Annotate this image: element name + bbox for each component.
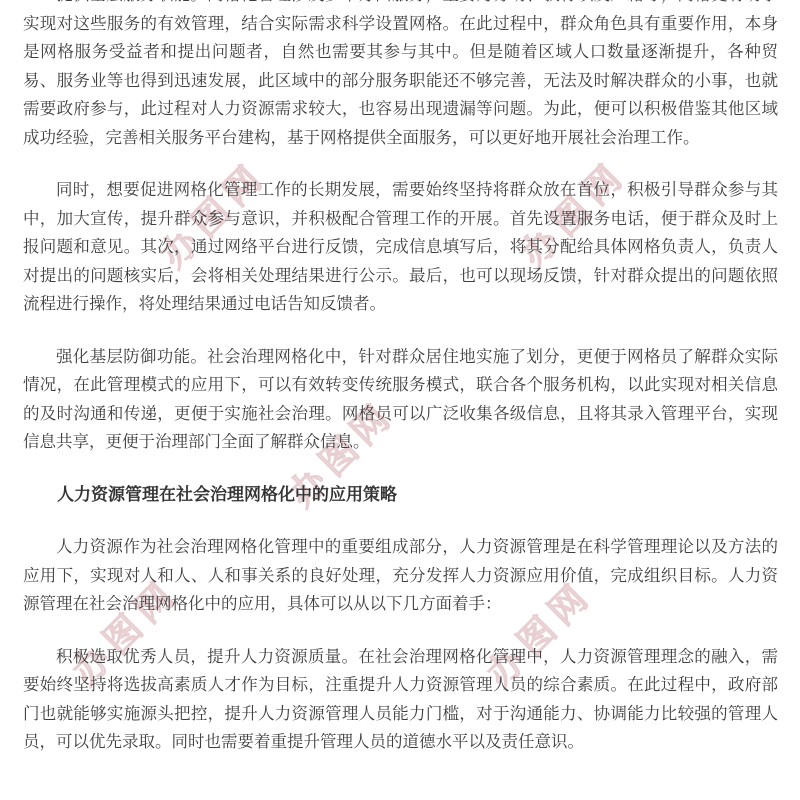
paragraph-grassroots-service-function: 提供基层服务职能。网格化管理涉及多个方面服务，主要为劳动、教育以及户籍等，网格更… xyxy=(23,0,778,152)
document-content: 提供基层服务职能。网格化管理涉及多个方面服务，主要为劳动、教育以及户籍等，网格更… xyxy=(23,0,778,781)
section-heading-hr-application-strategy: 人力资源管理在社会治理网格化中的应用策略 xyxy=(23,481,778,510)
paragraph-select-outstanding-personnel: 积极选取优秀人员，提升人力资源质量。在社会治理网格化管理中，人力资源管理理念的融… xyxy=(23,643,778,757)
document-page: 办图网 办图网 办图网 办图网 办图网 提供基层服务职能。网格化管理涉及多个方面… xyxy=(0,0,800,800)
paragraph-long-term-development: 同时，想要促进网格化管理工作的长期发展，需要始终坚持将群众放在首位，积极引导群众… xyxy=(23,176,778,319)
paragraph-grassroots-defense-function: 强化基层防御功能。社会治理网格化中，针对群众居住地实施了划分，更便于网格员了解群… xyxy=(23,343,778,457)
paragraph-hr-management-overview: 人力资源作为社会治理网格化管理中的重要组成部分，人力资源管理是在科学管理理论以及… xyxy=(23,533,778,619)
